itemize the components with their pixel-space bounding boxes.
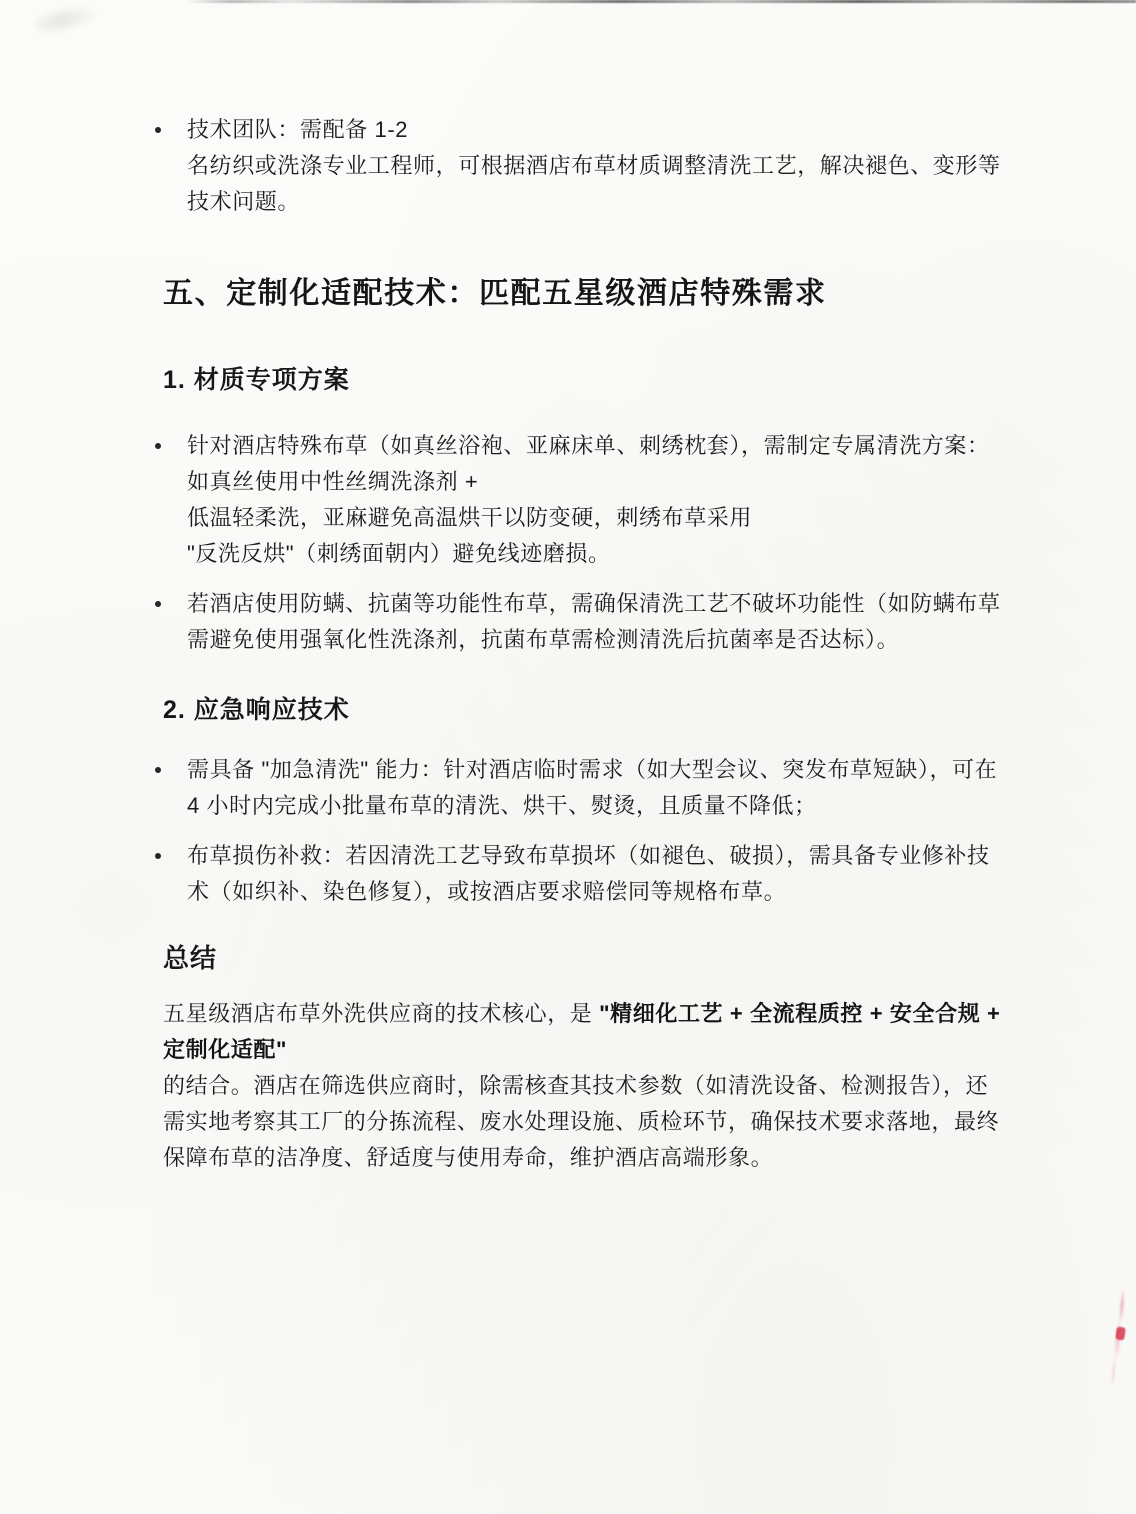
summary-lead-text: 五星级酒店布草外洗供应商的技术核心，是 (163, 1001, 599, 1026)
bullet-line: 技术问题。 (187, 184, 1013, 220)
bullet-line: 需避免使用强氧化性洗涤剂，抗菌布草需检测清洗后抗菌率是否达标）。 (187, 622, 1013, 658)
bullet-line: 针对酒店特殊布草（如真丝浴袍、亚麻床单、刺绣枕套），需制定专属清洗方案： (187, 428, 1013, 464)
summary-bold-text: 定制化适配" (163, 1032, 1013, 1068)
bullet-dot-icon (155, 767, 161, 773)
summary-paragraph: 五星级酒店布草外洗供应商的技术核心，是 "精细化工艺 + 全流程质控 + 安全合… (163, 996, 1013, 1176)
bullet-line: 术（如织补、染色修复），或按酒店要求赔偿同等规格布草。 (187, 874, 1013, 910)
bullet-line: 如真丝使用中性丝绸洗涤剂 + (187, 464, 1013, 500)
summary-line: 的结合。酒店在筛选供应商时，除需核查其技术参数（如清洗设备、检测报告），还 (163, 1068, 1013, 1104)
bullet-line: 布草损伤补救：若因清洗工艺导致布草损坏（如褪色、破损），需具备专业修补技 (187, 838, 1013, 874)
bullet-line: 需具备 "加急清洗" 能力：针对酒店临时需求（如大型会议、突发布草短缺），可在 (187, 752, 1013, 788)
bullet-line: 名纺织或洗涤专业工程师，可根据酒店布草材质调整清洗工艺，解决褪色、变形等 (187, 148, 1013, 184)
summary-heading: 总结 (163, 938, 1013, 978)
scan-top-edge-artifact (185, 0, 1136, 3)
subsection-1-heading: 1. 材质专项方案 (163, 362, 1013, 398)
red-ink-core-dot (1115, 1326, 1126, 1340)
summary-bold-text: "精细化工艺 + 全流程质控 + 安全合规 + (599, 1001, 1000, 1026)
bullet-dot-icon (155, 601, 161, 607)
bullet-dot-icon (155, 127, 161, 133)
bullet-line: 低温轻柔洗，亚麻避免高温烘干以防变硬，刺绣布草采用 (187, 500, 1013, 536)
summary-line: 保障布草的洁净度、舒适度与使用寿命，维护酒店高端形象。 (163, 1140, 1013, 1176)
scanned-document-page: 技术团队：需配备 1-2 名纺织或洗涤专业工程师，可根据酒店布草材质调整清洗工艺… (0, 0, 1136, 1514)
bullet-line: 技术团队：需配备 1-2 (187, 112, 1013, 148)
subsection-2-heading: 2. 应急响应技术 (163, 692, 1013, 728)
bullet-line: 若酒店使用防螨、抗菌等功能性布草，需确保清洗工艺不破坏功能性（如防螨布草 (187, 586, 1013, 622)
bullet-item-special-linen: 针对酒店特殊布草（如真丝浴袍、亚麻床单、刺绣枕套），需制定专属清洗方案： 如真丝… (163, 428, 1013, 572)
bullet-item-tech-team: 技术团队：需配备 1-2 名纺织或洗涤专业工程师，可根据酒店布草材质调整清洗工艺… (163, 112, 1013, 220)
bullet-dot-icon (155, 443, 161, 449)
summary-line: 需实地考察其工厂的分拣流程、废水处理设施、质检环节，确保技术要求落地，最终 (163, 1104, 1013, 1140)
bullet-item-damage-remedy: 布草损伤补救：若因清洗工艺导致布草损坏（如褪色、破损），需具备专业修补技 术（如… (163, 838, 1013, 910)
document-content: 技术团队：需配备 1-2 名纺织或洗涤专业工程师，可根据酒店布草材质调整清洗工艺… (163, 112, 1013, 1176)
bullet-item-urgent-wash: 需具备 "加急清洗" 能力：针对酒店临时需求（如大型会议、突发布草短缺），可在 … (163, 752, 1013, 824)
bullet-item-functional-linen: 若酒店使用防螨、抗菌等功能性布草，需确保清洗工艺不破坏功能性（如防螨布草 需避免… (163, 586, 1013, 658)
section-heading: 五、定制化适配技术：匹配五星级酒店特殊需求 (163, 272, 1013, 316)
bullet-line: "反洗反烘"（刺绣面朝内）避免线迹磨损。 (187, 536, 1013, 572)
summary-line: 五星级酒店布草外洗供应商的技术核心，是 "精细化工艺 + 全流程质控 + 安全合… (163, 996, 1013, 1032)
bullet-dot-icon (155, 853, 161, 859)
paper-smudge-top-left (34, 0, 102, 38)
bullet-line: 4 小时内完成小批量布草的清洗、烘干、熨烫，且质量不降低； (187, 788, 1013, 824)
